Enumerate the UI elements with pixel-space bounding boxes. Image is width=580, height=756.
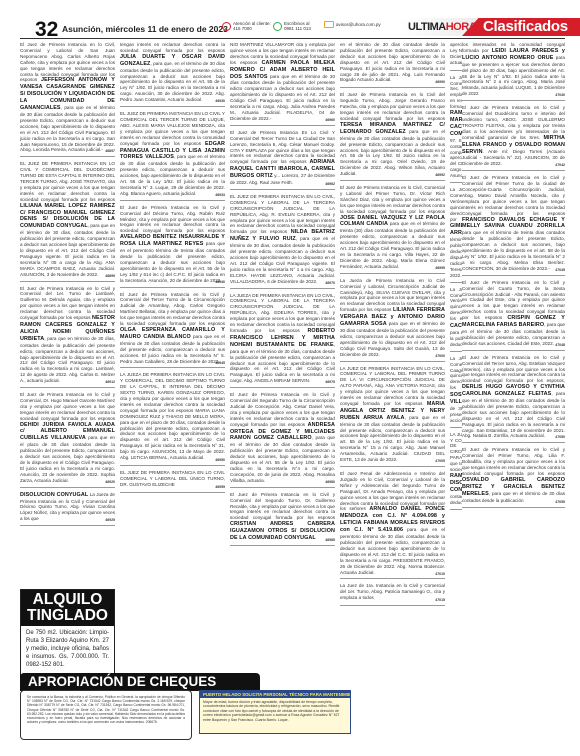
- legal-notice: LA JUEZA DE PRIMERA INSTANCIA EN LO CIVI…: [230, 291, 335, 389]
- legal-notice: El Juez de Primera Instancia en lo Civil…: [340, 183, 445, 274]
- alquilo-header: ALQUILOTINGLADO: [21, 590, 114, 626]
- brand-logo-left: ULTIMA: [408, 21, 446, 33]
- legal-notice: El Juez Penal de Adolescencia e Interino…: [340, 469, 445, 579]
- contact-email-value[interactable]: avisos@uhora.com.py: [336, 22, 381, 27]
- apropiacion-cheques-ad: Se comunica a la Banca, la industria y a…: [20, 690, 192, 740]
- column-2: tengan interés en reclamar derechos cont…: [120, 40, 225, 676]
- legal-notice: en el término de 30 días contados desde …: [340, 40, 445, 88]
- contact-phone-value: 415 7000: [233, 26, 252, 31]
- legal-notice: NIO MARTINEZ VILLAMAYOR cita y emplaza p…: [230, 40, 335, 126]
- apropiacion-body: Se comunica a la Banca, la industria y a…: [21, 691, 191, 728]
- legal-notice: DISOLUCION CONYUGAL La Jueza de Primera …: [20, 490, 115, 527]
- whatsapp-icon: [273, 22, 282, 31]
- legal-notice: El Juez de Primera Instancia en lo Civil…: [462, 103, 565, 171]
- legal-notice: El Juez de Primera Instancia en lo Civil…: [20, 390, 115, 488]
- brand-logo: ULTIMAHORA: [408, 21, 476, 33]
- legal-notice: EL JUEZ DE PRIMERA INSTANCIA EN LO CIVIL…: [120, 468, 225, 493]
- legal-notice: EL JUEZ DE PRIMERA INSTANCIA EN LO CIVIL…: [230, 192, 335, 289]
- section-title: Clasificados: [483, 18, 568, 35]
- legal-notice: LA JUEZA DE PRIMERA INSTANCIA EN LO CIVI…: [120, 370, 225, 466]
- legal-notice: El Juez de Primera Instancia en lo Civil…: [462, 278, 565, 351]
- legal-notice: La Jueza de Primera Instancia en lo Civi…: [340, 276, 445, 362]
- legal-notice: El Juez de Primera Instancia en lo Civil…: [20, 40, 115, 157]
- legal-notice: El Juez de Primera Instancia en lo Civil…: [462, 353, 565, 444]
- legal-notice: El Juez de Primera Instancia en lo Civil…: [120, 290, 225, 369]
- legal-notice: El Juez de Primera Instancia en lo Civil…: [340, 90, 445, 181]
- legal-notice: El Juez de Primera Instancia en lo Civil…: [120, 203, 225, 288]
- column-3: NIO MARTINEZ VILLAMAYOR cita y emplaza p…: [230, 40, 335, 688]
- contact-whatsapp: Escribinos al0981 111 013: [273, 21, 311, 31]
- page-header: 32 Asunción, miércoles 11 de enero de 20…: [0, 0, 580, 34]
- brand-bar: ULTIMAHORA Clasificados: [400, 18, 580, 36]
- legal-notice: El Juez de Primera Instancia en lo Civil…: [462, 173, 565, 276]
- puerto-helado-body: Mayor de edad, buena dicción y trato agr…: [200, 698, 350, 724]
- column-6: los interesados en la comunidad conyugal…: [462, 40, 565, 742]
- legal-notice: El Juez de Primera Instancia en lo Civil…: [462, 445, 565, 507]
- legal-notice: El Juez de Primera Instancia en lo Civil…: [230, 390, 335, 488]
- puerto-helado-title: PUERTO HELADO SOLICITA PERSONAL TÉCNICO …: [200, 691, 350, 698]
- legal-notice: LA JUEZ DE PRIMERA INSTANCIA EN LO CIVIL…: [340, 364, 445, 468]
- legal-notice: los interesados en la comunidad conyugal…: [462, 40, 565, 101]
- contact-email[interactable]: avisos@uhora.com.py: [324, 21, 381, 28]
- envelope-icon: [324, 21, 334, 28]
- contact-phone: Atención al cliente:415 7000: [222, 21, 271, 31]
- legal-notice: La Juez de 1ra. Instancia en lo Civil y …: [340, 581, 445, 606]
- legal-notice: EL JUEZ DE PRIMERA INSTANCIA EN LO CIVIL…: [120, 109, 225, 201]
- column-1: El Juez de Primera Instancia en lo Civil…: [20, 40, 115, 588]
- column-4: en el término de 30 días contados desde …: [340, 40, 445, 742]
- phone-icon: [222, 22, 231, 31]
- legal-notice: El Juez de Primera Instancia en lo Civil…: [20, 284, 115, 389]
- puerto-helado-ad: PUERTO HELADO SOLICITA PERSONAL TÉCNICO …: [199, 690, 351, 734]
- legal-notice: EL JUEZ DE PRIMERA INSTANCIA EN LO CIVIL…: [20, 159, 115, 281]
- apropiacion-title: APROPIACIÓN DE CHEQUES: [20, 673, 260, 691]
- legal-notice: tengan interés en reclamar derechos cont…: [120, 40, 225, 107]
- legal-notice: El Juez de Primera Instancia en lo Civil…: [230, 490, 335, 546]
- contact-whatsapp-value: 0981 111 013: [284, 26, 311, 31]
- alquilo-body: De 750 m2. Ubicación: Limpio-Ruta 3 Eliz…: [21, 626, 114, 672]
- legal-notice: El Juez de Primera Instancia En Lo Civil…: [230, 128, 335, 190]
- page-number: 32: [35, 19, 58, 40]
- header-rule: [20, 38, 565, 39]
- dateline: Asunción, miércoles 11 de enero de 2023: [62, 24, 228, 34]
